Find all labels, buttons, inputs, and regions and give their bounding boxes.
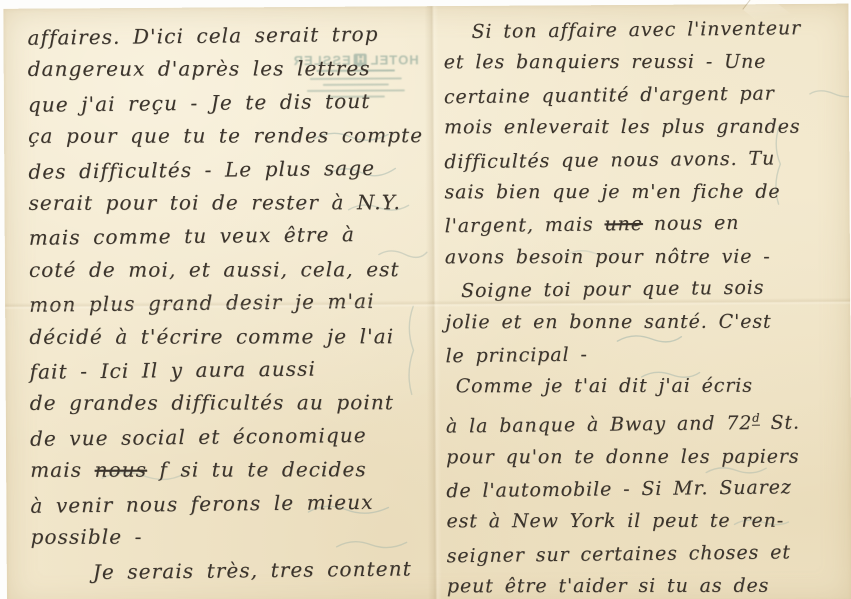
handwriting-text: ça pour que tu te rendes compte [28,123,423,148]
handwritten-line: serait pour toi de rester à N.Y. [29,186,431,220]
handwritten-line: coté de moi, et aussi, cela, est [29,253,431,287]
handwriting-text: possible - [31,525,143,549]
handwritten-line: à la banque à Bway and 72d St. [446,400,850,442]
handwriting-text: fait - Ici Il y aura aussi [29,357,316,384]
handwritten-line: mois enleverait les plus grandes [444,111,848,144]
handwriting-text: de vue social et économique [30,423,367,451]
handwritten-line: seigner sur certaines choses et [447,535,851,572]
letter-paper: HOTEL H ESSLER affaires. D'ici cela sera… [3,4,851,599]
handwriting-text: mais comme tu veux être à [29,222,356,250]
handwritten-line: mais nous f si tu te decides [30,453,432,487]
handwriting-text: seigner sur certaines choses et [447,541,791,567]
handwriting-text: à venir nous ferons le mieux [30,490,373,518]
handwritten-line: peut être t'aider si tu as des [447,570,851,599]
handwriting-text: avons besoin pour nôtre vie - [445,246,771,269]
handwriting-text: difficultés que nous avons. Tu [444,147,775,173]
handwritten-line: fait - Ici Il y aura aussi [29,351,431,389]
handwriting-text: certaine quantité d'argent par [444,82,775,108]
handwritten-line: le principal - [445,336,849,373]
handwriting-text: Si ton affaire avec l'inventeur [471,17,801,43]
handwriting-text: pour qu'on te donne les papiers [446,445,799,468]
struck-out-word: une [604,213,643,235]
handwritten-line: à venir nous ferons le mieux [30,485,432,523]
handwriting-text: serait pour toi de rester à N.Y. [29,190,401,215]
handwritten-line: des difficultés - Le plus sage [28,151,430,189]
handwriting-text: de grandes difficultés au point [30,391,394,416]
handwritten-line: est à New York il peut te ren- [446,505,850,538]
handwritten-line: dangereux d'après les lettres [28,53,430,87]
handwritten-line: mais comme tu veux être à [29,218,431,256]
handwriting-text: que j'ai reçu - Je te dis tout [28,89,371,117]
handwriting-text: jolie et en bonne santé. C'est [445,310,771,333]
handwritten-line: l'argent, mais une nous en [445,206,849,243]
handwritten-line: pour qu'on te donne les papiers [446,440,850,473]
handwriting-text: à la banque à Bway and 72 [446,412,753,437]
handwriting-text: de l'automobile - Si Mr. Suarez [446,476,792,502]
scanned-letter: HOTEL H ESSLER affaires. D'ici cela sera… [0,0,851,599]
handwriting-text: mais [30,458,94,482]
handwriting-text: St. [759,411,800,433]
handwritten-line: Je serais très, tres content [31,552,433,590]
handwritten-line: affaires. D'ici cela serait trop [27,17,429,55]
handwritten-line: avons besoin pour nôtre vie - [445,240,849,273]
handwriting-text: peut être t'aider si tu as des [447,575,769,598]
handwriting-text: sais bien que je m'en fiche de [444,181,780,204]
handwriting-text: coté de moi, et aussi, cela, est [29,257,400,282]
handwriting-text: mois enleverait les plus grandes [444,116,800,139]
handwritten-line: de l'automobile - Si Mr. Suarez [446,471,850,508]
handwriting-text: affaires. D'ici cela serait trop [27,22,378,50]
struck-out-word: nous [95,458,148,482]
handwriting-text: Je serais très, tres content [93,556,412,584]
handwritten-line: sais bien que je m'en fiche de [444,176,848,209]
handwritten-line: que j'ai reçu - Je te dis tout [28,84,430,122]
handwriting-text: dangereux d'après les lettres [28,57,371,82]
handwritten-line: difficultés que nous avons. Tu [444,141,848,178]
handwriting-text: est à New York il peut te ren- [446,510,784,533]
handwritten-line: de grandes difficultés au point [30,387,432,421]
handwriting-text: l'argent, mais [445,214,605,238]
handwriting-text: Comme je t'ai dit j'ai écris [456,375,753,398]
handwritten-line: Comme je t'ai dit j'ai écris [446,370,850,403]
handwritten-line: décidé à t'écrire comme je l'ai [29,320,431,354]
handwritten-line: de vue social et économique [30,418,432,456]
handwritten-line: et les banquiers reussi - Une [444,46,848,79]
handwritten-line: ça pour que tu te rendes compte [28,119,430,153]
handwriting-text: f si tu te decides [147,458,367,482]
handwriting-text: nous en [643,212,740,235]
handwriting-text: des difficultés - Le plus sage [28,155,375,183]
handwritten-line: Si ton affaire avec l'inventeur [443,12,847,49]
handwriting-text: le principal - [445,344,588,368]
handwritten-line: certaine quantité d'argent par [444,76,848,113]
handwritten-line: possible - [31,520,433,554]
handwritten-line: jolie et en bonne santé. C'est [445,305,849,338]
handwriting-text: et les banquiers reussi - Une [444,51,767,74]
handwriting-text: décidé à t'écrire comme je l'ai [29,324,394,349]
